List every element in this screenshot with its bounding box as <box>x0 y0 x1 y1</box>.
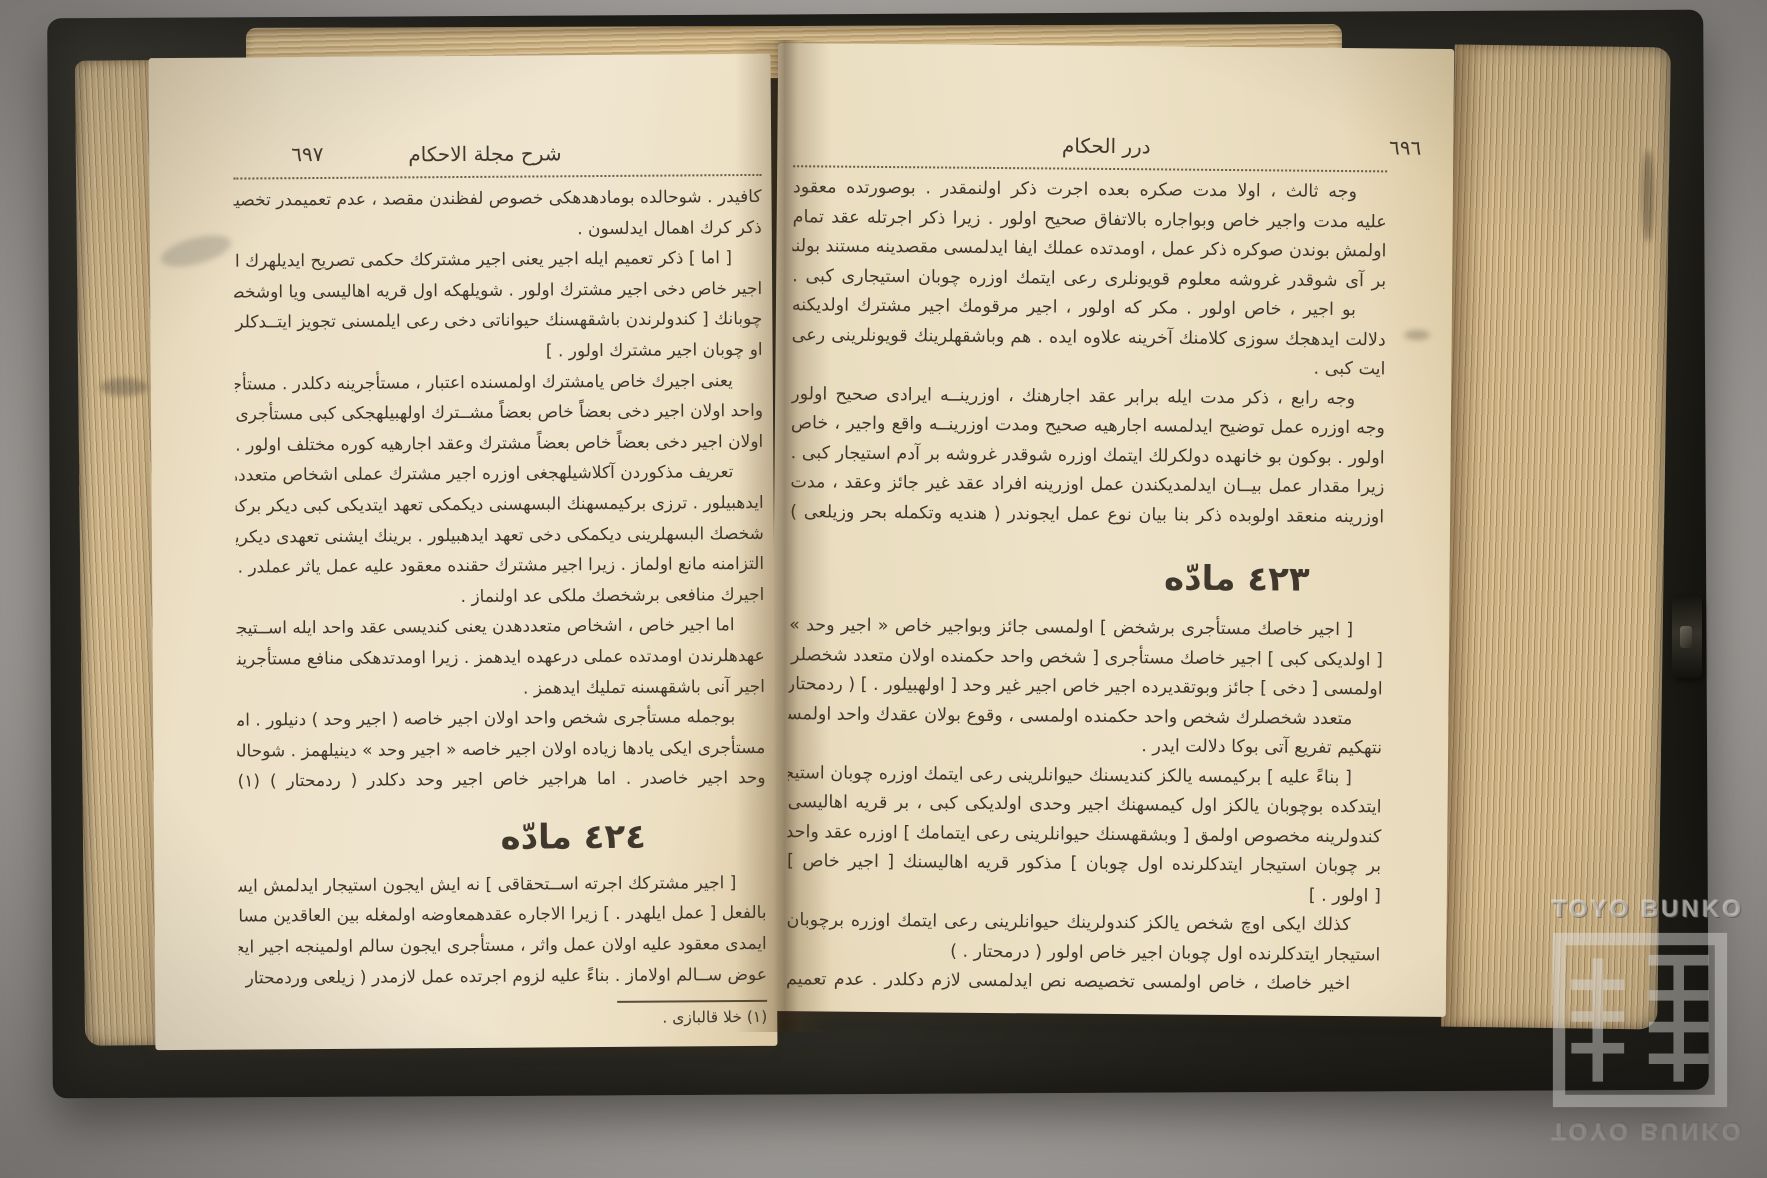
text-line: وجه اوزره عمل توضيح ايدلمسه اجارهيه صحيح… <box>791 409 1385 444</box>
text-line: اولمش بوندن صوكره ذكر عمل ، اومدتده عملك… <box>792 232 1386 267</box>
text-line: ايمدى معقود عليه اولان عمل واثر ، مستأجر… <box>239 929 767 963</box>
right-page-header: درر الحكام ٦٩٦ <box>793 129 1387 164</box>
right-page-content: درر الحكام ٦٩٦ وجه ثالث ، اولا مدت صكره … <box>770 43 1454 1017</box>
text-line: عوض ســالم اولاماز . بناءً عليه لزوم اجر… <box>239 960 767 994</box>
text-line: واحد اولان اجير دخى بعضاً خاص بعضاً مشــ… <box>235 396 763 430</box>
text-line: ايتدكده بوچوبان يالكز اول كيمسهنك اجير و… <box>787 788 1381 823</box>
toyo-bunko-watermark-reflection: TOYO BUNKO <box>1552 1116 1764 1144</box>
text-line: بوجمله مستأجرى شخص واحد اولان اجير خاصه … <box>237 702 765 736</box>
text-line: كافيدر . شوحالده بومادهدهكى خصوص لفظندن … <box>233 182 761 216</box>
text-line: چوبانك [ كندولرندن باشقهسنك حيواناتى دخى… <box>234 304 762 338</box>
open-book-photo: درر الحكام ٦٩٦ وجه ثالث ، اولا مدت صكره … <box>0 0 1767 1178</box>
text-line: متعدد شخصلرك شخص واحد حكمنده اولمسى ، وق… <box>788 700 1382 735</box>
text-line: بر چوبان استيجار ايتدكلرنده اول چوبان ] … <box>787 847 1381 882</box>
left-text-block-before: كافيدر . شوحالده بومادهدهكى خصوص لفظندن … <box>233 182 765 798</box>
right-text-block-after: [ اجير خاصك مستأجرى برشخض ] اولمسى جائز … <box>786 611 1383 1000</box>
text-line: اجير خاص دخى اجير مشترك اولور . شويلهكه … <box>234 274 762 308</box>
text-line: وحد اجير خاصدر . اما هراجير خاص اجير وحد… <box>237 763 765 797</box>
article-423-heading: ٤٢٣ مادّه <box>789 553 1383 602</box>
text-line: اولان اجير دخى بعضاً خاص بعضاً مشترك وعق… <box>235 427 763 461</box>
text-line: بالفعل [ عمل ايلهدر . ] زيرا الاجاره عقد… <box>238 898 766 932</box>
page-edges-right <box>1441 45 1671 1030</box>
text-line: اخير خاصك ، خاص اولمسى تخصيصه نص ايدلمسى… <box>786 965 1380 1000</box>
text-line: اولمسى [ دخى ] جائز وبوتقديرده اجير خاص … <box>789 670 1383 705</box>
text-line: اوزرينه منعقد اولوبده ذكر بنا بيان نوع ع… <box>790 498 1384 533</box>
clasp-pin <box>1680 626 1692 648</box>
text-line: [ اما ] ذكر تعميم ايله اجير يعنى اجير مش… <box>234 243 762 277</box>
left-page-number: ٦٩٧ <box>291 142 323 166</box>
footnote: (١) خلا قالبازى . <box>239 1008 767 1030</box>
text-line: ايدهبيلور . ترزى بركيمسهنك البسهسنى ديكم… <box>236 488 764 522</box>
text-line: [ اجير خاصك مستأجرى برشخض ] اولمسى جائز … <box>789 611 1383 646</box>
text-line: بو اجير ، خاص اولور . مكر كه اولور ، اجي… <box>792 291 1386 326</box>
text-line: عهدهلرندن اومدتده عملى درعهده ايدهمز . ز… <box>237 641 765 675</box>
text-line: مستأجرى ايكى يادها زياده اولان اجير خاصه… <box>237 733 765 767</box>
text-line: التزامنه مانع اولماز . زيرا اجير مشترك ح… <box>236 549 764 583</box>
left-page: ٦٩٧ شرح مجلة الاحكام كافيدر . شوحالده بو… <box>149 54 778 1050</box>
text-line: شخصك البسهلرينى ديكمكى دخى تعهد ايدهبيلو… <box>236 518 764 552</box>
article-424-heading: ٤٢٤ مادّه <box>238 814 766 862</box>
text-line: زيرا مقدار عمل بيــان ايدلمديكندن عمل او… <box>790 468 1384 503</box>
text-line: دلالت ايدهجك سوزى كلامنك آخرينه علاوه اي… <box>792 321 1386 356</box>
text-line: يعنى اجيرك خاص يامشترك اولمسنده اعتبار ،… <box>235 365 763 399</box>
right-running-header: درر الحكام <box>1062 134 1151 159</box>
text-line: اجير آنى باشقهسنه تمليك ايدهمز . <box>237 671 765 705</box>
left-page-content: ٦٩٧ شرح مجلة الاحكام كافيدر . شوحالده بو… <box>149 54 778 1050</box>
left-page-header: ٦٩٧ شرح مجلة الاحكام <box>233 138 761 172</box>
text-line: او چوبان اجير مشترك اولور . ] <box>235 335 763 369</box>
right-header-rule <box>793 165 1387 172</box>
text-line: تعريف مذكوردن آكلاشيلهجغى اوزره اجير مشت… <box>235 457 763 491</box>
text-line: وجه ثالث ، اولا مدت صكره بعده اجرت ذكر ا… <box>793 173 1387 208</box>
text-line: اما اجير خاص ، اشخاص متعددهدن يعنى كنديس… <box>236 610 764 644</box>
right-page-number: ٦٩٦ <box>1389 135 1421 159</box>
left-running-header: شرح مجلة الاحكام <box>408 141 561 166</box>
left-text-block-after: [ اجير مشتركك اجرته اســتحقاقى ] نه ايش … <box>238 868 767 994</box>
text-line: [ اجير مشتركك اجرته اســتحقاقى ] نه ايش … <box>238 868 766 902</box>
right-page: درر الحكام ٦٩٦ وجه ثالث ، اولا مدت صكره … <box>770 43 1454 1017</box>
text-line: كذلك ايكى اوچ شخص يالكز كندولرينك حيوانل… <box>786 906 1380 941</box>
text-line: ذكر كرك اهمال ايدلسون . <box>234 213 762 247</box>
left-header-rule <box>233 174 761 180</box>
right-text-block-before: وجه ثالث ، اولا مدت صكره بعده اجرت ذكر ا… <box>790 173 1387 532</box>
footnote-separator <box>617 1000 767 1003</box>
text-line: اجيرك منافعى برشخصك ملكى عد اولنماز . <box>236 580 764 614</box>
book-clasp <box>1672 596 1702 678</box>
